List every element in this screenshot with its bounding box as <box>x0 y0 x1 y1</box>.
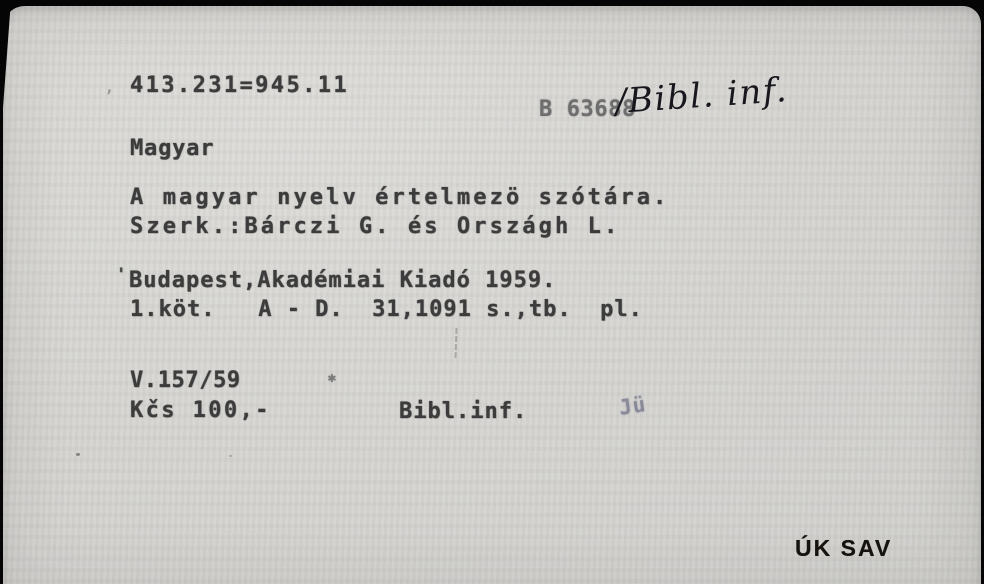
scanned-catalog-card-image: { "card": { "call_number": "413.231=945.… <box>0 0 984 584</box>
paper-speck <box>229 455 232 457</box>
title-line: A magyar nyelv értelmezö szótára. <box>130 186 669 210</box>
inventory-stray-mark: ⁎ <box>328 368 338 385</box>
department-label: Bibl.inf. <box>399 400 527 424</box>
catalog-card: 413.231=945.11 , B 63688 /Bibl. inf. Mag… <box>3 6 981 584</box>
ink-smudge <box>454 328 457 358</box>
imprint-line: Budapest,Akadémiai Kiadó 1959. <box>129 269 556 293</box>
editors-line: Szerk.:Bárczi G. és Országh L. <box>130 215 620 239</box>
call-number: 413.231=945.11 <box>130 74 349 98</box>
collation-line: 1.köt. A - D. 31,1091 s.,tb. pl. <box>130 298 643 322</box>
library-stamp: ÚK SAV <box>795 535 892 562</box>
heading-entry: Magyar <box>130 137 214 161</box>
inventory-number: V.157/59 <box>130 369 241 393</box>
handwritten-note: /Bibl. inf. <box>614 70 789 122</box>
paper-speck <box>76 453 80 456</box>
cataloguer-initials-stamp: Jü <box>617 392 647 420</box>
price-line: Kčs 100,- <box>130 399 271 423</box>
paper-stray-mark: , <box>104 76 115 97</box>
imprint-prefix-mark: ' <box>116 266 128 285</box>
